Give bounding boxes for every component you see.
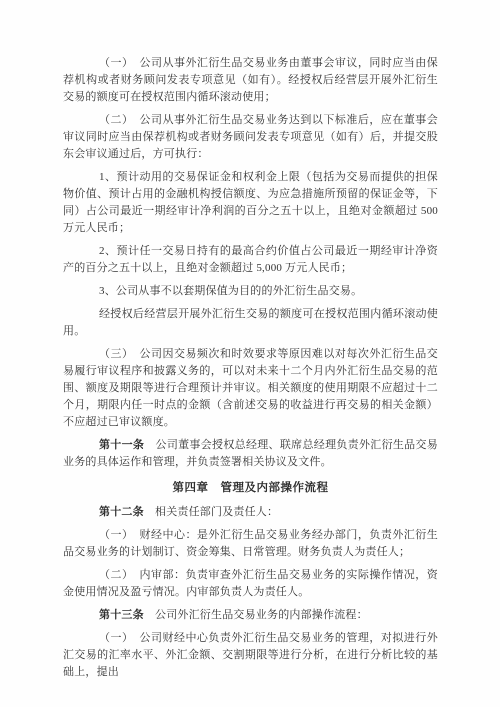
doc-paragraph-article-13: 第十三条 公司外汇衍生品交易业务的内部操作流程： — [63, 607, 438, 624]
paragraph-text: （二） 内审部：负责审查外汇衍生品交易业务的实际操作情况，资金使用情况及盈亏情况… — [63, 569, 438, 598]
doc-paragraph: （三） 公司因交易频次和时效要求等原因难以对每次外汇衍生品交易履行审议程序和披露… — [63, 346, 438, 431]
doc-paragraph: （二） 内审部：负责审查外汇衍生品交易业务的实际操作情况，资金使用情况及盈亏情况… — [63, 567, 438, 601]
paragraph-text: （三） 公司因交易频次和时效要求等原因难以对每次外汇衍生品交易履行审议程序和披露… — [63, 348, 438, 428]
paragraph-text: （一） 公司财经中心负责外汇衍生品交易业务的管理，对拟进行外汇交易的汇率水平、外… — [63, 632, 438, 678]
clause-number: 第十一条 — [99, 439, 144, 451]
doc-paragraph: 3、公司从事不以套期保值为目的的外汇衍生品交易。 — [63, 283, 438, 300]
doc-paragraph: （一） 公司财经中心负责外汇衍生品交易业务的管理，对拟进行外汇交易的汇率水平、外… — [63, 630, 438, 681]
doc-paragraph: 2、预计任一交易日持有的最高合约价值占公司最近一期经审计净资产的百分之五十以上，… — [63, 243, 438, 277]
paragraph-text: （二） 公司从事外汇衍生品交易业务达到以下标准后，应在董事会审议同时应当由保荐机… — [63, 114, 438, 160]
doc-paragraph-article-12: 第十二条 相关责任部门及责任人： — [63, 504, 438, 521]
doc-paragraph: （二） 公司从事外汇衍生品交易业务达到以下标准后，应在董事会审议同时应当由保荐机… — [63, 112, 438, 163]
paragraph-text: 公司外汇衍生品交易业务的内部操作流程： — [144, 609, 368, 621]
clause-number: 第十三条 — [99, 609, 144, 621]
doc-paragraph: （一） 公司从事外汇衍生品交易业务由董事会审议，同时应当由保荐机构或者财务顾问发… — [63, 55, 438, 106]
paragraph-text: 1、预计动用的交易保证金和权利金上限（包括为交易而提供的担保物价值、预计占用的金… — [63, 171, 438, 234]
paragraph-text: 3、公司从事不以套期保值为目的的外汇衍生品交易。 — [99, 285, 362, 297]
chapter-heading: 第四章 管理及内部操作流程 — [63, 480, 438, 497]
paragraph-text: 2、预计任一交易日持有的最高合约价值占公司最近一期经审计净资产的百分之五十以上，… — [63, 245, 438, 274]
paragraph-text: 经授权后经营层开展外汇衍生交易的额度可在授权范围内循环滚动使用。 — [63, 308, 438, 337]
doc-paragraph: 1、预计动用的交易保证金和权利金上限（包括为交易而提供的担保物价值、预计占用的金… — [63, 169, 438, 237]
doc-paragraph: 经授权后经营层开展外汇衍生交易的额度可在授权范围内循环滚动使用。 — [63, 306, 438, 340]
paragraph-text: 相关责任部门及责任人： — [144, 506, 278, 518]
document-body: （一） 公司从事外汇衍生品交易业务由董事会审议，同时应当由保荐机构或者财务顾问发… — [63, 55, 438, 681]
doc-paragraph-article-11: 第十一条 公司董事会授权总经理、联席总经理负责外汇衍生品交易业务的具体运作和管理… — [63, 437, 438, 471]
paragraph-text: （一） 财经中心：是外汇衍生品交易业务经办部门，负责外汇衍生品交易业务的计划制订… — [63, 529, 438, 558]
clause-number: 第十二条 — [99, 506, 144, 518]
document-page: （一） 公司从事外汇衍生品交易业务由董事会审议，同时应当由保荐机构或者财务顾问发… — [0, 0, 500, 707]
paragraph-text: （一） 公司从事外汇衍生品交易业务由董事会审议，同时应当由保荐机构或者财务顾问发… — [63, 57, 438, 103]
doc-paragraph: （一） 财经中心：是外汇衍生品交易业务经办部门，负责外汇衍生品交易业务的计划制订… — [63, 527, 438, 561]
